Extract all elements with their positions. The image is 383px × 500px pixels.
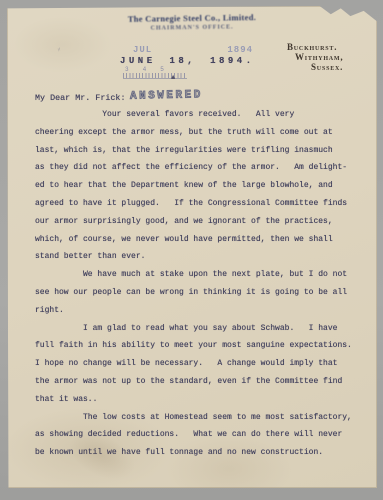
ruler-scale-stamp: 3 4 5 bbox=[123, 66, 193, 79]
letter-paper: The Carnegie Steel Co., Limited. CHAIRMA… bbox=[7, 6, 377, 488]
paper-smudge: 〃 bbox=[54, 42, 66, 52]
ruler-baseline bbox=[123, 78, 187, 79]
body-line: the armor was not up to the standard, ev… bbox=[35, 373, 365, 391]
body-line: full faith in his ability to meet your m… bbox=[35, 337, 365, 355]
ruler-number: 4 bbox=[143, 66, 147, 73]
typed-date: JUNE 18, 1894. bbox=[120, 56, 255, 66]
received-stamp-month: JUL bbox=[133, 45, 152, 55]
body-line: last, which is, that the irregularities … bbox=[35, 142, 365, 160]
address-line: Sussex. bbox=[311, 62, 373, 72]
body-line: I am glad to read what you say about Sch… bbox=[35, 320, 365, 338]
body-line: cheering except the armor mess, but the … bbox=[35, 124, 365, 142]
company-received-stamp: The Carnegie Steel Co., Limited. CHAIRMA… bbox=[112, 12, 272, 32]
pointer-triangle-icon: ▲ bbox=[171, 74, 175, 82]
body-line: The low costs at Homestead seem to me mo… bbox=[35, 409, 365, 427]
sender-address-block: Buckhurst. Withyham, Sussex. bbox=[285, 42, 373, 72]
body-line: ed to hear that the Department knew of t… bbox=[35, 177, 365, 195]
ruler-tick-marks bbox=[123, 73, 187, 78]
ruler-number: 5 bbox=[160, 66, 164, 73]
body-line: stand better than ever. bbox=[35, 248, 365, 266]
ruler-numbers: 3 4 5 bbox=[123, 66, 193, 73]
body-line: We have much at stake upon the next plat… bbox=[35, 266, 365, 284]
answered-stamp: ANSWERED bbox=[130, 89, 203, 103]
company-stamp-office: CHAIRMAN'S OFFICE. bbox=[112, 24, 272, 32]
received-stamp-year: 1894 bbox=[227, 45, 253, 55]
address-line: Buckhurst. bbox=[287, 42, 373, 52]
scanned-letter-page: The Carnegie Steel Co., Limited. CHAIRMA… bbox=[0, 0, 383, 500]
received-date-stamp: JUL 1894 bbox=[133, 45, 253, 55]
salutation: My Dear Mr. Frick: bbox=[35, 93, 125, 103]
body-line: right. bbox=[35, 302, 365, 320]
company-stamp-name: The Carnegie Steel Co., Limited. bbox=[112, 12, 272, 24]
body-line: see how our people can be wrong in think… bbox=[35, 284, 365, 302]
body-line: which, of course, we never would have pe… bbox=[35, 231, 365, 249]
ruler-number: 3 bbox=[125, 66, 129, 73]
body-line: I hope no change will be necessary. A ch… bbox=[35, 355, 365, 373]
body-line: agreed to have it plugged. If the Congre… bbox=[35, 195, 365, 213]
address-line: Withyham, bbox=[295, 52, 373, 62]
letter-body: Your several favors received. All very c… bbox=[35, 106, 365, 462]
body-line: our armor surprisingly good, and we igno… bbox=[35, 213, 365, 231]
body-line: as they did not affect the efficiency of… bbox=[35, 159, 365, 177]
body-line: Your several favors received. All very bbox=[35, 106, 365, 124]
body-line: that it was.. bbox=[35, 391, 365, 409]
